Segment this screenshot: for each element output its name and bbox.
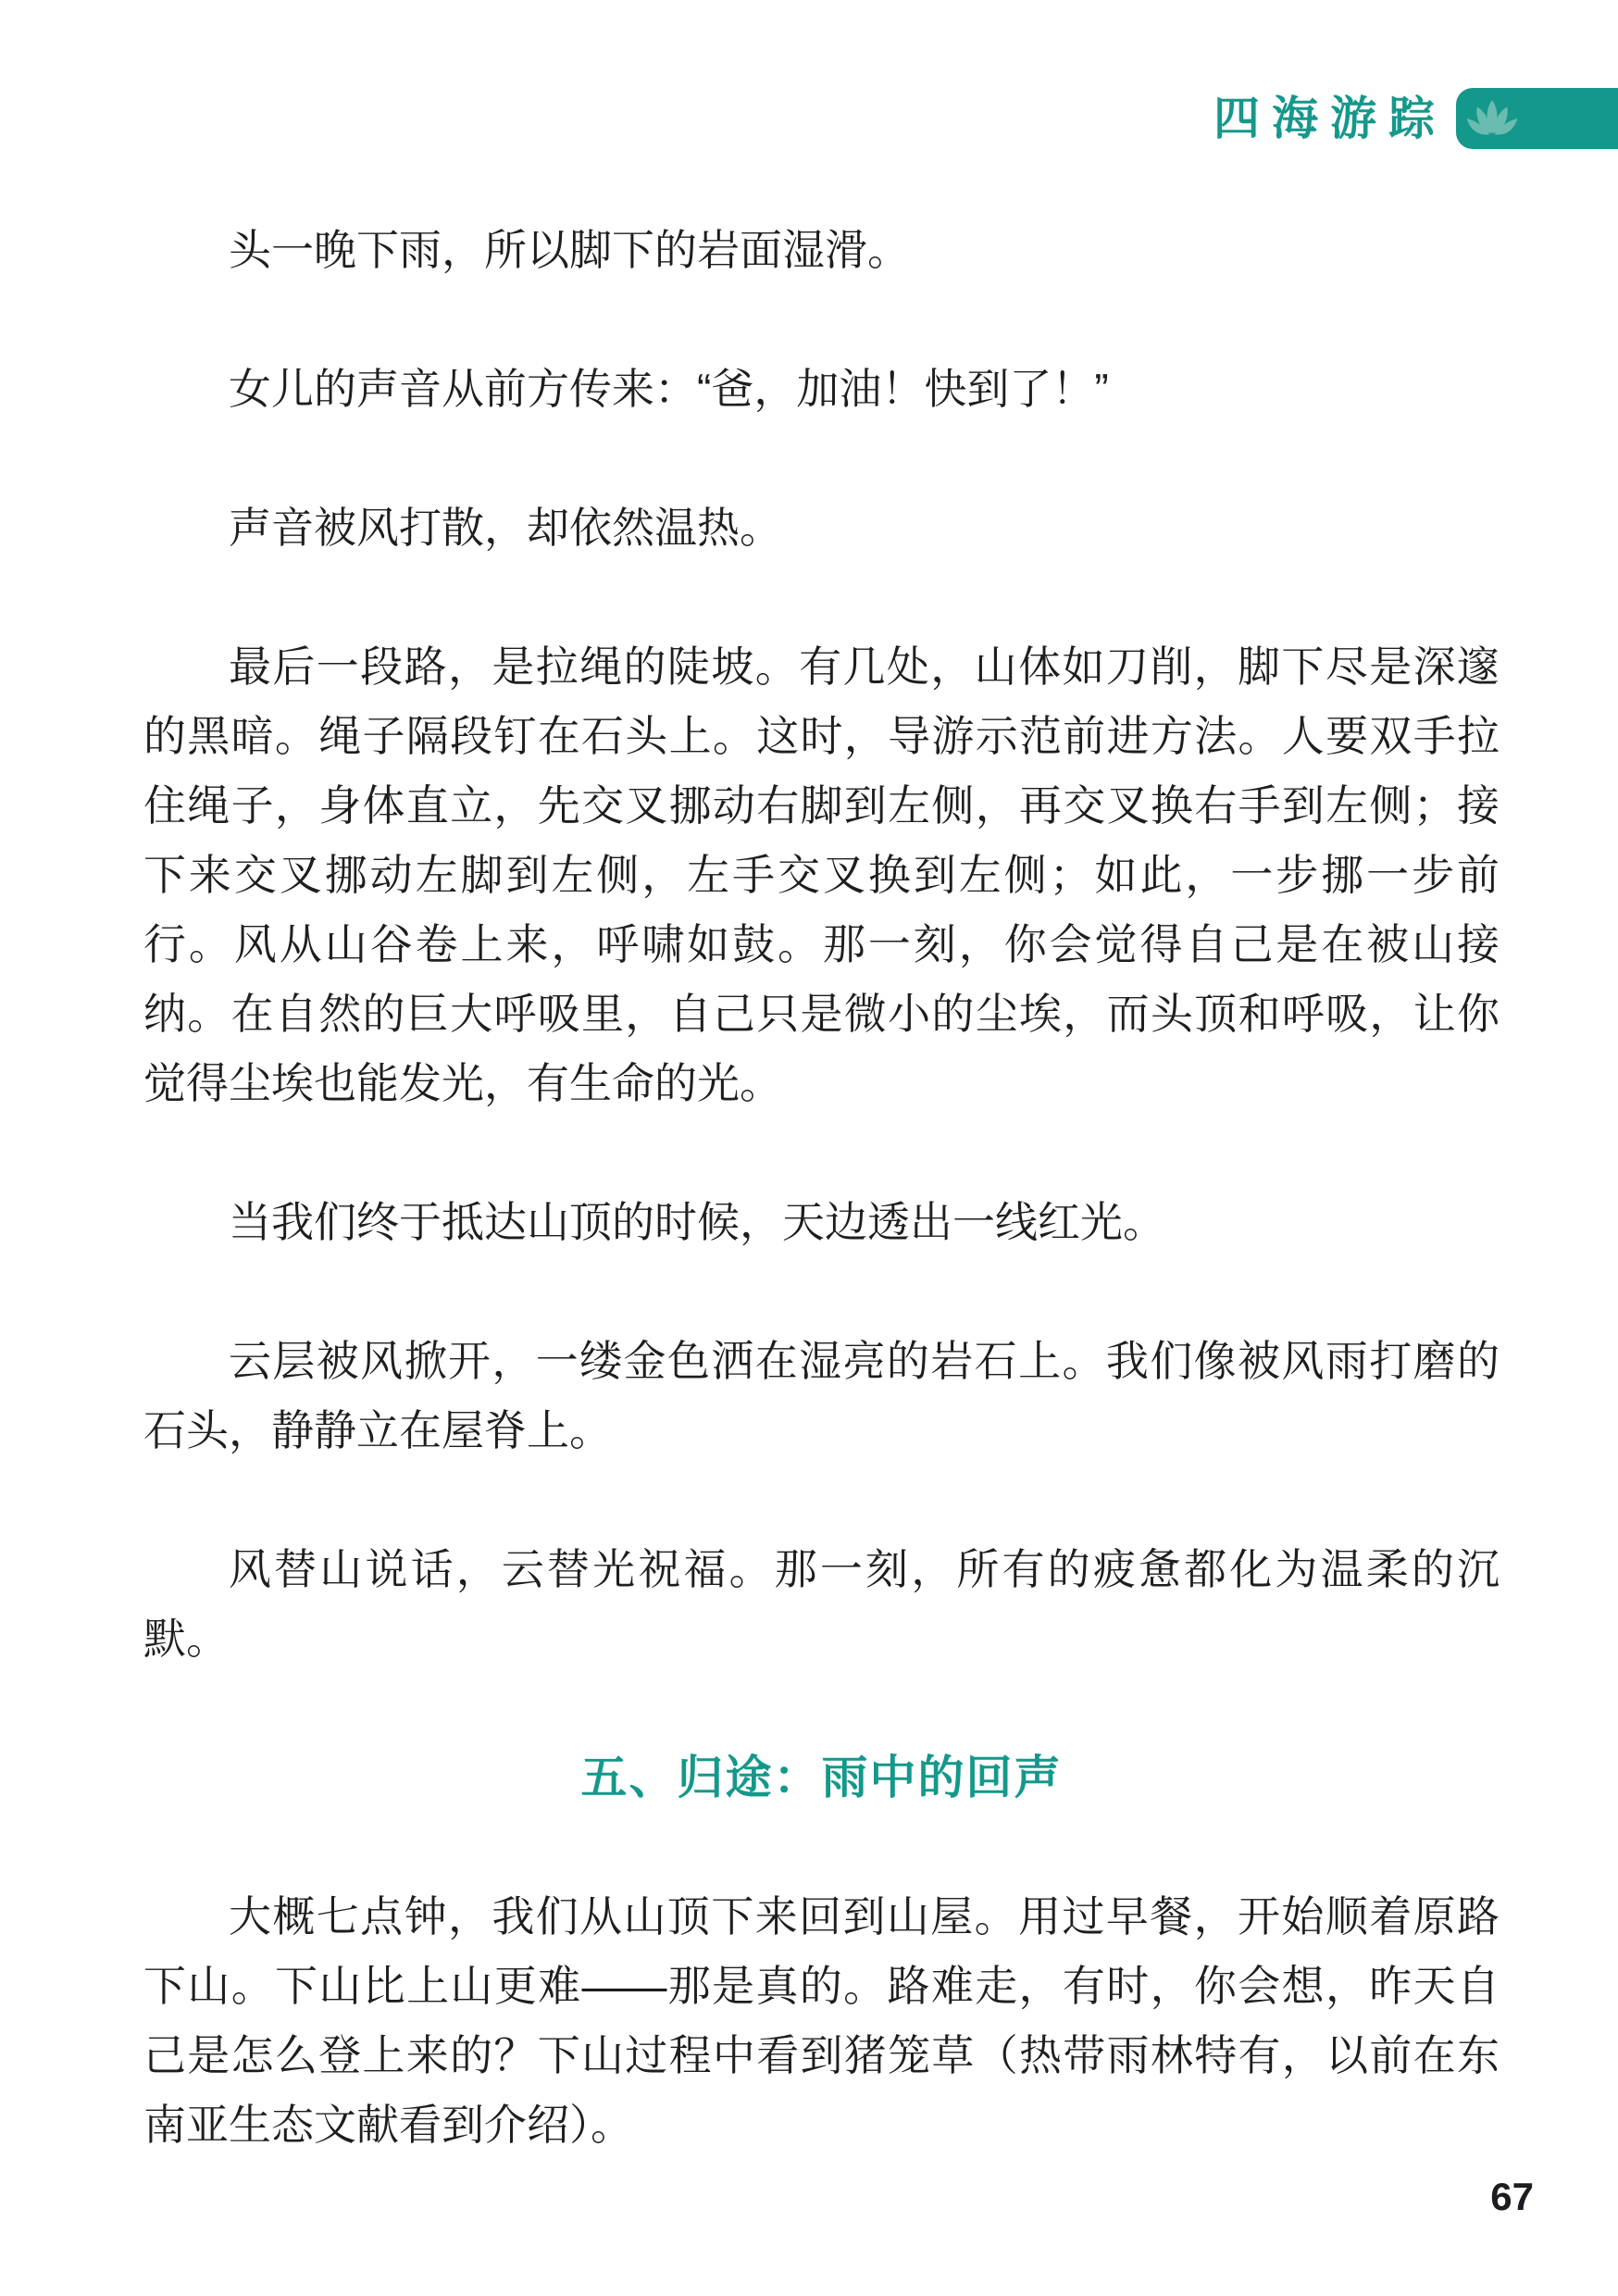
brand-title: 四海游踪 — [1213, 95, 1447, 142]
page-header: 四海游踪 — [1213, 88, 1618, 149]
page-body: 头一晚下雨，所以脚下的岩面湿滑。 女儿的声音从前方传来：“爸，加油！快到了！” … — [143, 216, 1500, 2160]
document-page: 四海游踪 头一晚下雨，所以脚下的岩面湿滑。 女儿的声音从前方传来：“爸，加油！快… — [0, 0, 1618, 2296]
body-paragraph: 声音被风打散，却依然温热。 — [143, 493, 1500, 563]
lotus-icon — [1465, 97, 1519, 140]
body-paragraph: 最后一段路，是拉绳的陡坡。有几处，山体如刀削，脚下尽是深邃的黑暗。绳子隔段钉在石… — [143, 632, 1500, 1118]
body-paragraph: 当我们终于抵达山顶的时候，天边透出一线红光。 — [143, 1188, 1500, 1257]
body-paragraph: 风替山说话，云替光祝福。那一刻，所有的疲惫都化为温柔的沉默。 — [143, 1535, 1500, 1674]
page-number: 67 — [1490, 2177, 1534, 2216]
body-paragraph: 头一晚下雨，所以脚下的岩面湿滑。 — [143, 216, 1500, 285]
body-paragraph: 大概七点钟，我们从山顶下来回到山屋。用过早餐，开始顺着原路下山。下山比上山更难—… — [143, 1882, 1500, 2160]
section-heading: 五、归途：雨中的回声 — [143, 1743, 1500, 1813]
brand-badge — [1456, 88, 1618, 149]
body-paragraph: 云层被风掀开，一缕金色洒在湿亮的岩石上。我们像被风雨打磨的石头，静静立在屋脊上。 — [143, 1327, 1500, 1466]
body-paragraph: 女儿的声音从前方传来：“爸，加油！快到了！” — [143, 355, 1500, 424]
